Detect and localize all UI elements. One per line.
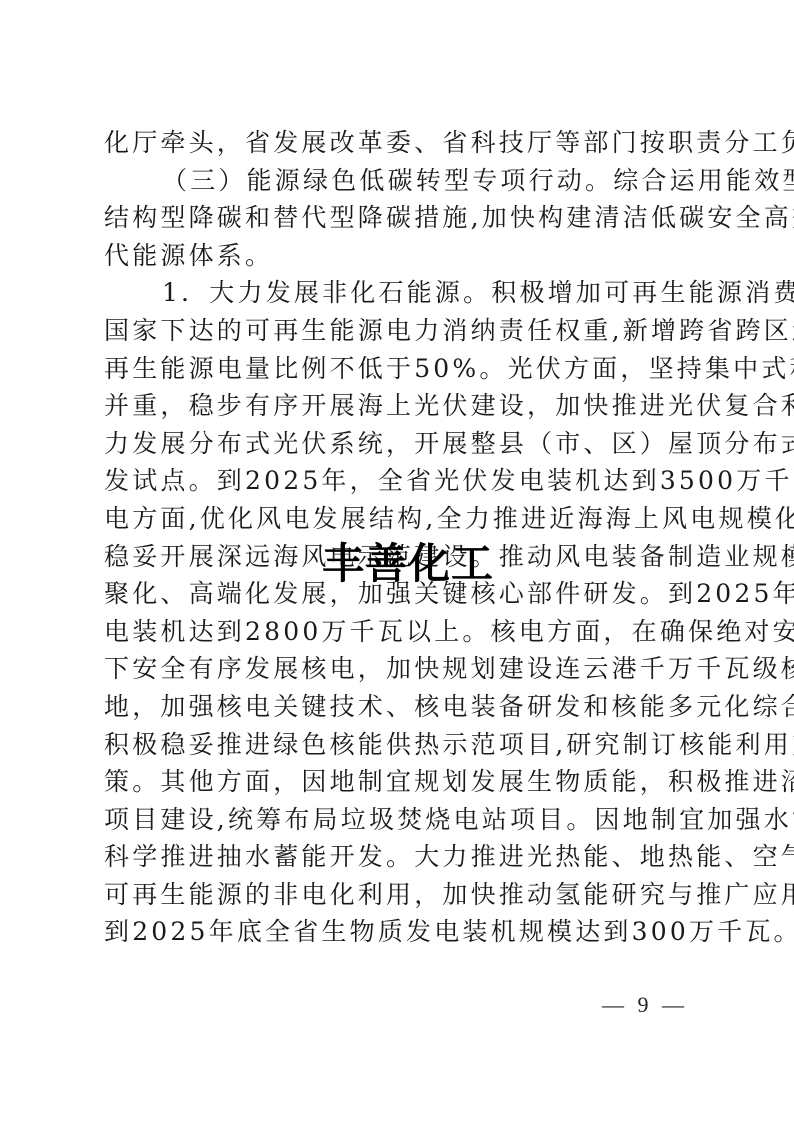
text-line: 到2025年底全省生物质发电装机规模达到300万千瓦。〔省发展 xyxy=(104,913,694,951)
text-line: 代能源体系。 xyxy=(104,237,694,275)
text-line: 电装机达到2800万千瓦以上。核电方面，在确保绝对安全的前提 xyxy=(104,613,694,651)
text-line: 再生能源电量比例不低于50%。光伏方面，坚持集中式和分布式 xyxy=(104,350,694,388)
watermark: 丰善化工 xyxy=(322,540,494,588)
text-line: 下安全有序发展核电，加快规划建设连云港千万千瓦级核电基 xyxy=(104,650,694,688)
document-page: 化厅牵头，省发展改革委、省科技厅等部门按职责分工负责）（三）能源绿色低碳转型专项… xyxy=(0,0,794,1123)
body-text: 化厅牵头，省发展改革委、省科技厅等部门按职责分工负责）（三）能源绿色低碳转型专项… xyxy=(104,124,694,951)
text-line: 1．大力发展非化石能源。积极增加可再生能源消费，落实 xyxy=(104,274,694,312)
page-number: — 9 — xyxy=(602,992,688,1018)
text-line: 化厅牵头，省发展改革委、省科技厅等部门按职责分工负责） xyxy=(104,124,694,162)
text-line: 力发展分布式光伏系统，开展整县（市、区）屋顶分布式光伏开 xyxy=(104,425,694,463)
text-line: 电方面,优化风电发展结构,全力推进近海海上风电规模化发展, xyxy=(104,500,694,538)
text-line: （三）能源绿色低碳转型专项行动。综合运用能效型降碳、 xyxy=(104,162,694,200)
text-line: 项目建设,统筹布局垃圾焚烧电站项目。因地制宜加强水能利用, xyxy=(104,801,694,839)
text-line: 国家下达的可再生能源电力消纳责任权重,新增跨省跨区通道可 xyxy=(104,312,694,350)
text-line: 积极稳妥推进绿色核能供热示范项目,研究制订核能利用支持政 xyxy=(104,726,694,764)
text-line: 可再生能源的非电化利用，加快推动氢能研究与推广应用。力争 xyxy=(104,876,694,914)
text-line: 科学推进抽水蓄能开发。大力推进光热能、地热能、空气热能等 xyxy=(104,838,694,876)
text-line: 发试点。到2025年，全省光伏发电装机达到3500万千瓦以上。风 xyxy=(104,462,694,500)
text-line: 策。其他方面，因地制宜规划发展生物质能，积极推进沼气发电 xyxy=(104,763,694,801)
text-line: 结构型降碳和替代型降碳措施,加快构建清洁低碳安全高效的现 xyxy=(104,199,694,237)
text-line: 并重，稳步有序开展海上光伏建设，加快推进光伏复合利用，全 xyxy=(104,387,694,425)
text-line: 地，加强核电关键技术、核电装备研发和核能多元化综合利用， xyxy=(104,688,694,726)
